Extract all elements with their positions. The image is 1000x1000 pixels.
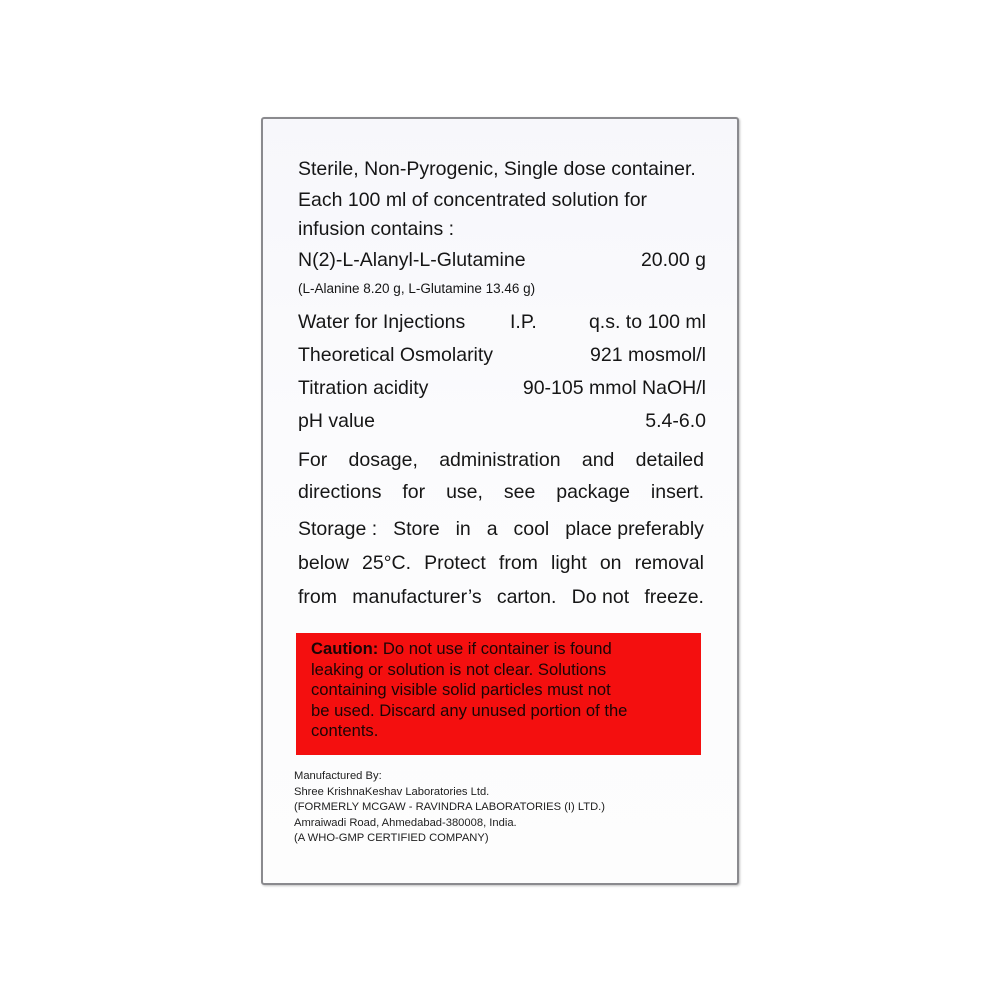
spec-label: Theoretical Osmolarity: [298, 344, 493, 367]
word: directions: [298, 481, 381, 504]
caution-label: Caution:: [311, 639, 378, 658]
manufacturer-block: Manufactured By: Shree KrishnaKeshav Lab…: [294, 769, 605, 847]
word: see: [504, 481, 535, 504]
storage-line: below 25°C. Protect from light on remova…: [298, 552, 704, 575]
word: Protect: [424, 552, 486, 575]
word: from: [499, 552, 538, 575]
spec-value: q.s. to 100 ml: [589, 311, 706, 334]
word: manufacturer’s: [352, 586, 481, 609]
word: insert.: [651, 481, 704, 504]
active-ingredient-name: N(2)-L-Alanyl-L-Glutamine: [298, 249, 526, 272]
spec-value: 921 mosmol/l: [590, 344, 706, 367]
ingredient-breakdown: (L-Alanine 8.20 g, L-Glutamine 13.46 g): [298, 281, 535, 296]
spec-label: pH value: [298, 410, 375, 433]
word: and: [582, 449, 615, 472]
caution-line: containing visible solid particles must …: [311, 680, 687, 701]
spec-label: Titration acidity: [298, 377, 428, 400]
caution-text: be used. Discard any unused portion of t…: [311, 701, 627, 722]
word: detailed: [636, 449, 704, 472]
word: cool: [513, 518, 549, 541]
directions-line: For dosage, administration and detailed: [298, 449, 704, 472]
word: light: [551, 552, 587, 575]
caution-text: containing visible solid particles must …: [311, 680, 611, 701]
word: 25°C.: [362, 552, 411, 575]
word: administration: [439, 449, 560, 472]
caution-line: leaking or solution is not clear. Soluti…: [311, 660, 687, 681]
sterility-statement: Sterile, Non-Pyrogenic, Single dose cont…: [298, 158, 706, 181]
caution-box: Caution: Do not use if container is foun…: [296, 633, 701, 755]
word: for: [402, 481, 425, 504]
word: use,: [446, 481, 483, 504]
caution-text: contents.: [311, 721, 378, 742]
caution-line: contents.: [311, 721, 687, 742]
storage-line: Storage : Store in a cool place preferab…: [298, 518, 704, 541]
caution-text: leaking or solution is not clear. Soluti…: [311, 660, 606, 681]
word: carton.: [497, 586, 557, 609]
word: place preferably: [565, 518, 704, 541]
active-ingredient-amount: 20.00 g: [641, 249, 706, 272]
word: Storage :: [298, 518, 377, 541]
manufacturer-address: Amraiwadi Road, Ahmedabad-380008, India.: [294, 816, 605, 832]
word: freeze.: [644, 586, 704, 609]
word: Do not: [572, 586, 629, 609]
caution-line: Caution: Do not use if container is foun…: [311, 639, 687, 660]
composition-intro-line-1: Each 100 ml of concentrated solution for: [298, 189, 706, 212]
manufacturer-certification: (A WHO-GMP CERTIFIED COMPANY): [294, 831, 605, 847]
word: a: [487, 518, 498, 541]
word: package: [556, 481, 630, 504]
word: from: [298, 586, 337, 609]
manufacturer-former-name: (FORMERLY MCGAW - RAVINDRA LABORATORIES …: [294, 800, 605, 816]
caution-line: be used. Discard any unused portion of t…: [311, 701, 687, 722]
word: removal: [635, 552, 704, 575]
directions-line: directions for use, see package insert.: [298, 481, 704, 504]
word: For: [298, 449, 327, 472]
spec-standard: I.P.: [510, 311, 537, 334]
spec-label: Water for Injections: [298, 311, 465, 334]
manufacturer-name: Shree KrishnaKeshav Laboratories Ltd.: [294, 785, 605, 801]
word: below: [298, 552, 349, 575]
storage-line: from manufacturer’s carton. Do not freez…: [298, 586, 704, 609]
spec-value: 90-105 mmol NaOH/l: [523, 377, 706, 400]
spec-value: 5.4-6.0: [645, 410, 706, 433]
word: on: [600, 552, 622, 575]
manufacturer-heading: Manufactured By:: [294, 769, 605, 785]
word: Store: [393, 518, 440, 541]
word: dosage,: [349, 449, 418, 472]
word: in: [456, 518, 471, 541]
composition-intro-line-2: infusion contains :: [298, 218, 706, 241]
caution-text: Do not use if container is found: [383, 639, 612, 658]
